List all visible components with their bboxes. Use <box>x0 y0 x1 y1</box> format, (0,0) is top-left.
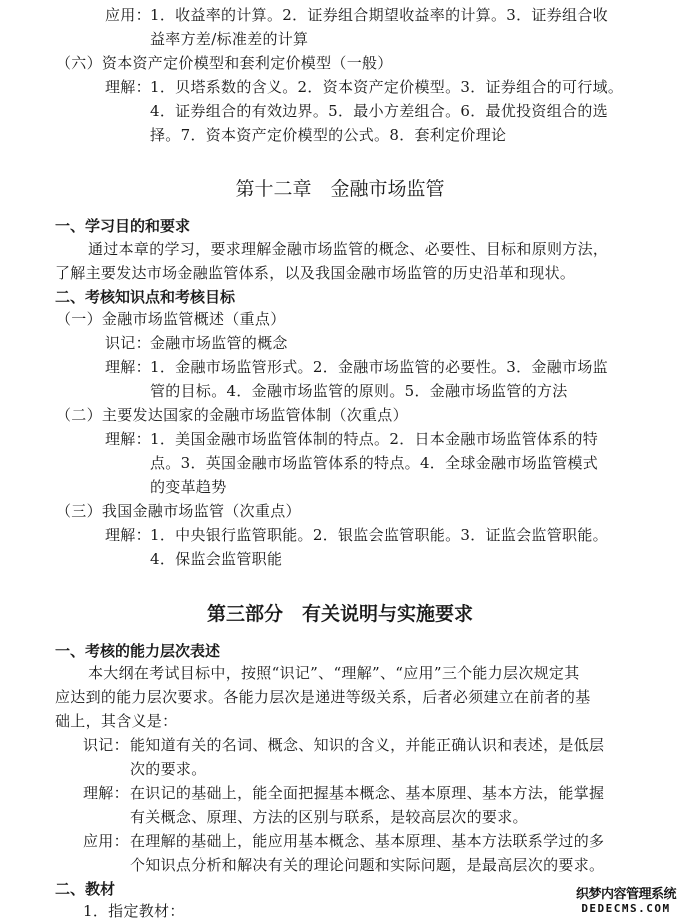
item1-title: （一）金融市场监管概述（重点） <box>56 307 286 331</box>
item1-understand-line1: 1．金融市场监管形式。2．金融市场监管的必要性。3．金融市场监 <box>150 355 608 379</box>
item3-understand-line1: 1．中央银行监管职能。2．银监会监管职能。3．证监会监管职能。 <box>150 523 608 547</box>
level-understand-label: 理解： <box>83 781 129 805</box>
level-memorize-line1: 能知道有关的名词、概念、知识的含义，并能正确认识和表述，是低层 <box>130 733 604 757</box>
understand-text-line1: 1．贝塔系数的含义。2．资本资产定价模型。3．证券组合的可行域。 <box>150 75 623 99</box>
item2-understand-label: 理解： <box>105 427 151 451</box>
item3-understand-label: 理解： <box>105 523 151 547</box>
item1-understand-line2: 管的目标。4．金融市场监管的原则。5．金融市场监管的方法 <box>150 379 568 403</box>
part3-section1-heading: 一、考核的能力层次表述 <box>55 640 220 662</box>
level-memorize-line2: 次的要求。 <box>130 757 207 781</box>
item2-understand-line1: 1．美国金融市场监管体制的特点。2．日本金融市场监管体系的特 <box>150 427 598 451</box>
apply-text-line2: 益率方差/标准差的计算 <box>150 27 308 51</box>
apply-text-line1: 1．收益率的计算。2．证券组合期望收益率的计算。3．证券组合收 <box>150 3 608 27</box>
ch12-para-line1: 通过本章的学习，要求理解金融市场监管的概念、必要性、目标和原则方法， <box>88 237 608 261</box>
watermark-en: DEDECMS.COM <box>576 902 676 915</box>
level-understand-line2: 有关概念、原理、方法的区别与联系，是较高层次的要求。 <box>130 805 528 829</box>
ch12-section1-heading: 一、学习目的和要求 <box>55 215 190 237</box>
item2-understand-line3: 的变革趋势 <box>150 475 227 499</box>
level-understand-line1: 在识记的基础上，能全面把握基本概念、基本原理、基本方法，能掌握 <box>130 781 604 805</box>
level-apply-label: 应用： <box>83 829 129 853</box>
chapter-12-title: 第十二章 金融市场监管 <box>0 175 680 203</box>
level-memorize-label: 识记： <box>83 733 129 757</box>
item2-title: （二）主要发达国家的金融市场监管体制（次重点） <box>56 403 408 427</box>
understand-text-line3: 择。7．资本资产定价模型的公式。8．套利定价理论 <box>150 123 506 147</box>
ch12-para-line2: 了解主要发达市场金融监管体系，以及我国金融市场监管的历史沿革和现状。 <box>55 261 575 285</box>
understand-text-line2: 4．证券组合的有效边界。5．最小方差组合。6．最优投资组合的选 <box>150 99 608 123</box>
item1-memorize-text: 金融市场监管的概念 <box>150 331 288 355</box>
watermark: 织梦内容管理系统 DEDECMS.COM <box>576 883 676 915</box>
level-apply-line2: 个知识点分析和解决有关的理论问题和实际问题，是最高层次的要求。 <box>130 853 604 877</box>
part3-title: 第三部分 有关说明与实施要求 <box>0 600 680 628</box>
part3-para-line3: 础上，其含义是： <box>55 709 177 733</box>
watermark-cn: 织梦内容管理系统 <box>576 883 676 902</box>
item3-understand-line2: 4．保监会监管职能 <box>150 547 282 571</box>
textbook-item-1: 1．指定教材： <box>83 899 185 923</box>
ch12-section2-heading: 二、考核知识点和考核目标 <box>55 286 235 308</box>
part3-section2-heading: 二、教材 <box>55 878 115 900</box>
understand-label: 理解： <box>105 75 151 99</box>
item1-memorize-label: 识记： <box>105 331 151 355</box>
part3-para-line2: 应达到的能力层次要求。各能力层次是递进等级关系，后者必须建立在前者的基 <box>55 685 591 709</box>
subsection-6-title: （六）资本资产定价模型和套利定价模型（一般） <box>56 51 393 75</box>
item1-understand-label: 理解： <box>105 355 151 379</box>
part3-para-line1: 本大纲在考试目标中，按照“识记”、“理解”、“应用”三个能力层次规定其 <box>88 661 580 685</box>
level-apply-line1: 在理解的基础上，能应用基本概念、基本原理、基本方法联系学过的多 <box>130 829 604 853</box>
apply-label: 应用： <box>105 3 151 27</box>
item3-title: （三）我国金融市场监管（次重点） <box>56 499 301 523</box>
item2-understand-line2: 点。3．英国金融市场监管体系的特点。4．全球金融市场监管模式 <box>150 451 598 475</box>
